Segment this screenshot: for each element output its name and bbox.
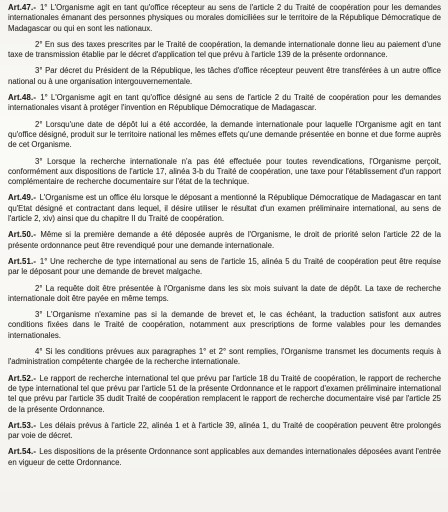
article-paragraph: 2° En sus des taxes prescrites par le Tr… [8,40,441,61]
article-paragraph: Art.49.- L'Organisme est un office élu l… [8,193,441,224]
article-number: Art.48.- [8,93,37,102]
article-paragraph: Art.53.- Les délais prévus à l'article 2… [8,421,441,442]
article-paragraph: 3° Par décret du Président de la Républi… [8,66,441,87]
paragraph-text: Les dispositions de la présente Ordonnan… [8,447,441,466]
paragraph-text: 1° Une recherche de type international a… [8,257,441,276]
document-page: Art.47.- 1° L'Organisme agit en tant qu'… [0,0,448,512]
article-number: Art.52.- [8,374,37,383]
paragraph-text: L'Organisme est un office élu lorsque le… [8,193,441,223]
article-number: Art.47.- [8,3,37,12]
paragraph-text: 2° En sus des taxes prescrites par le Tr… [8,40,441,59]
paragraph-text: 1° L'Organisme agit en tant qu'office dé… [8,93,441,112]
article-paragraph: Art.52.- Le rapport de recherche interna… [8,374,441,415]
article-paragraph: 3° Lorsque la recherche internationale n… [8,157,441,188]
paragraph-text: 3° Par décret du Président de la Républi… [8,66,441,85]
article-paragraph: Art.54.- Les dispositions de la présente… [8,447,441,468]
paragraph-text: 2° La requête doit être présentée à l'Or… [8,284,441,303]
article-paragraph: Art.48.- 1° L'Organisme agit en tant qu'… [8,93,441,114]
article-paragraph: 4° Si les conditions prévues aux paragra… [8,347,441,368]
paragraph-text: Le rapport de recherche international te… [8,374,441,414]
paragraph-text: 2° Lorsqu'une date de dépôt lui a été ac… [8,120,441,150]
article-number: Art.50.- [8,230,37,239]
article-number: Art.54.- [8,447,37,456]
paragraph-text: 4° Si les conditions prévues aux paragra… [8,347,441,366]
paragraph-text: 3° L'Organisme n'examine pas si la deman… [8,310,441,340]
article-paragraph: Art.50.- Même si la première demande a é… [8,230,441,251]
paragraph-text: Les délais prévus à l'article 22, alinéa… [8,421,441,440]
article-paragraph: 2° La requête doit être présentée à l'Or… [8,284,441,305]
article-number: Art.53.- [8,421,37,430]
paragraph-text: 3° Lorsque la recherche internationale n… [8,157,441,187]
paragraph-text: 1° L'Organisme agit en tant qu'office ré… [8,3,441,33]
article-paragraph: Art.51.- 1° Une recherche de type intern… [8,257,441,278]
paragraph-text: Même si la première demande a été déposé… [8,230,441,249]
article-paragraph: 3° L'Organisme n'examine pas si la deman… [8,310,441,341]
article-paragraph: 2° Lorsqu'une date de dépôt lui a été ac… [8,120,441,151]
article-number: Art.51.- [8,257,37,266]
article-number: Art.49.- [8,193,37,202]
article-paragraph: Art.47.- 1° L'Organisme agit en tant qu'… [8,3,441,34]
